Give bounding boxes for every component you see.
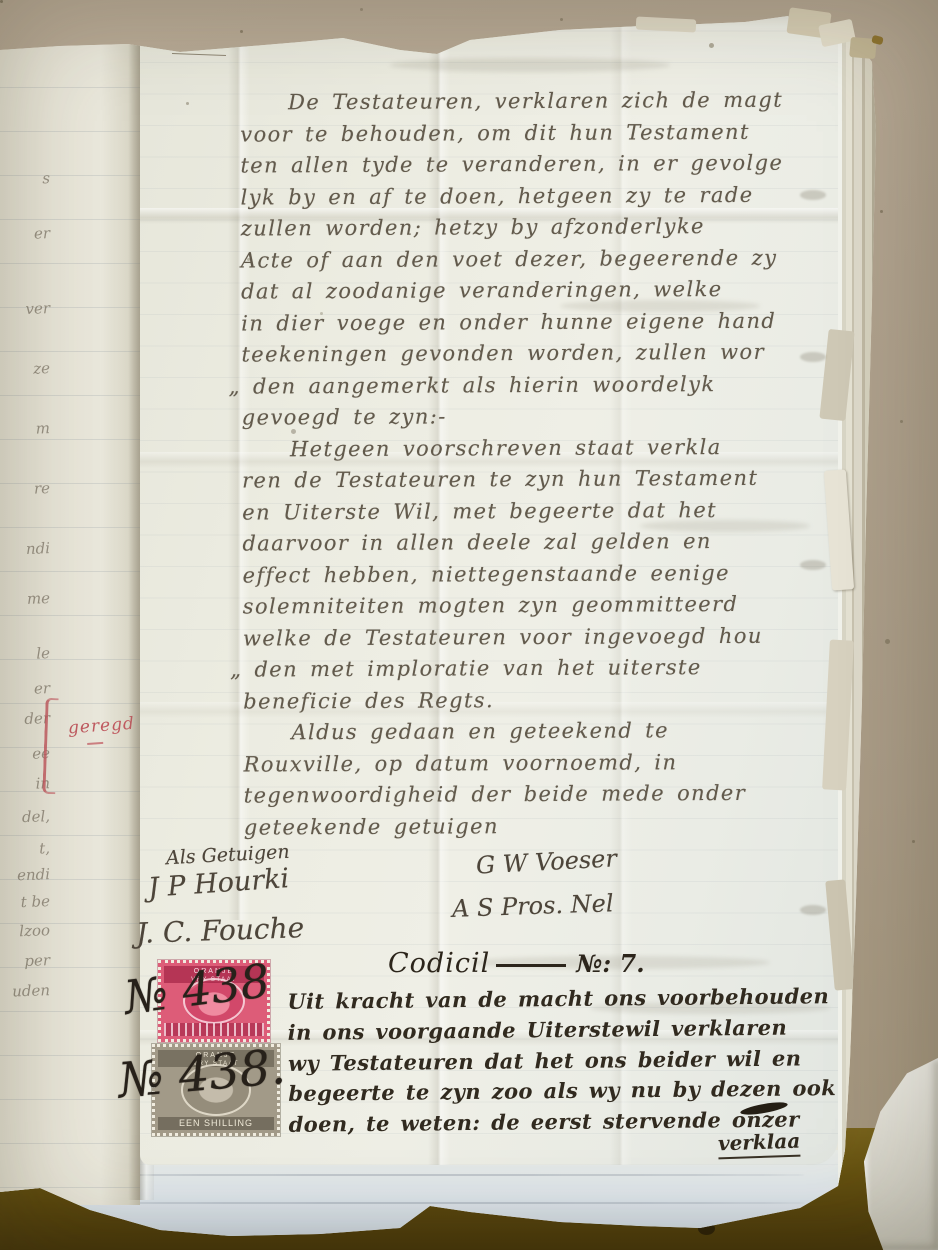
stamp-value-band (164, 1023, 264, 1036)
heading-flourish-line (496, 964, 566, 967)
document-line: effect hebben, niettegenstaande eenige (242, 557, 828, 592)
previous-page-edge: s er ver ze m re ndi me le er der ee in … (0, 0, 140, 1205)
catchword: verklaa (718, 1129, 801, 1160)
handwriting-fragment: der (0, 709, 50, 729)
document-line: welke de Testateuren voor ingevoegd hou (243, 620, 829, 655)
codicil-title: Codicil (388, 948, 490, 979)
handwriting-fragment: me (0, 589, 50, 609)
document-line: geteekende getuigen (244, 809, 830, 844)
document-line: De Testateuren, verklaren zich de magt (240, 84, 826, 119)
bleed-through-marks (390, 58, 670, 72)
document-line: daarvoor in allen deele zal gelden en (242, 525, 828, 560)
document-line: zullen worden; hetzy by afzonderlyke (241, 210, 827, 245)
margin-ghost-writing (800, 905, 826, 915)
testament-body-text: De Testateuren, verklaren zich de magt v… (240, 84, 830, 843)
handwriting-fragment: endi (0, 865, 50, 885)
testator-signature-2: A S Pros. Nel (452, 889, 614, 923)
document-line: Acte of aan den voet dezer, begeerende z… (241, 242, 827, 277)
document-line: dat al zoodanige veranderingen, welke (241, 273, 827, 308)
document-line: in dier voege en onder hunne eigene hand (241, 305, 827, 340)
document-line: tegenwoordigheid der beide mede onder (244, 777, 830, 812)
handwriting-fragment: er (0, 679, 50, 699)
handwriting-fragment: ze (0, 359, 50, 379)
margin-ghost-writing (800, 560, 826, 570)
page-fold-shadow (140, 0, 838, 26)
document-line: Rouxville, op datum voornoemd, in (243, 746, 829, 781)
document-line: Hetgeen voorschreven staat verkla (242, 431, 828, 466)
handwriting-fragment: m (0, 419, 50, 439)
document-line: teekeningen gevonden worden, zullen wor (241, 336, 827, 371)
document-line: ten allen tyde te veranderen, in er gevo… (240, 147, 826, 182)
document-line: ren de Testateuren te zyn hun Testament (242, 462, 828, 497)
codicil-body-text: Uit kracht van de macht ons voorbehouden… (287, 981, 836, 1141)
document-line: lyk by en af te doen, hetgeen zy te rade (241, 179, 827, 214)
handwriting-fragment: le (0, 644, 50, 664)
open-minute-book: s er ver ze m re ndi me le er der ee in … (0, 0, 938, 1250)
photo-of-handwritten-testament: s er ver ze m re ndi me le er der ee in … (0, 0, 938, 1250)
document-line: beneficie des Regts. (243, 683, 829, 718)
document-page: De Testateuren, verklaren zich de magt v… (140, 0, 838, 1165)
stamp-denomination-band: EEN SHILLING (158, 1117, 274, 1130)
document-line: voor te behouden, om dit hun Testament (240, 116, 826, 151)
handwriting-fragment: lzoo (0, 921, 50, 941)
handwriting-fragment: per (0, 951, 50, 971)
margin-ghost-writing (800, 190, 826, 200)
document-line: en Uiterste Wil, met begeerte dat het (242, 494, 828, 529)
handwriting-fragment: ndi (0, 539, 50, 559)
torn-page-edges (838, 0, 876, 1190)
handwriting-fragment: t be (0, 892, 50, 912)
handwriting-fragment: er (0, 224, 50, 244)
witness-signature-2: J. C. Fouche (135, 911, 304, 950)
handwriting-fragment: del, (0, 807, 50, 827)
document-line: solemniteiten mogten zyn geommitteerd (243, 588, 829, 623)
margin-ghost-writing (800, 352, 826, 362)
handwriting-fragment: t, (0, 839, 50, 859)
document-line: „ den met imploratie van het uiterste (230, 651, 829, 686)
document-line: gevoegd te zyn:- (242, 399, 828, 434)
page-edge-line (60, 1202, 805, 1204)
handwriting-fragment: re (0, 479, 50, 499)
handwriting-fragment: uden (0, 981, 50, 1001)
document-line: Aldus gedaan en geteekend te (243, 714, 829, 749)
codicil-heading: Codicil№: 7. (388, 948, 645, 979)
crumpled-paper-corner (864, 1058, 938, 1250)
codicil-number: №: 7. (576, 949, 644, 978)
blue-pen-mark (851, 1010, 856, 1074)
handwriting-fragment: ver (0, 299, 50, 319)
handwriting-fragment: s (0, 169, 50, 189)
document-line: „ den aangemerkt als hierin woordelyk (229, 368, 828, 403)
